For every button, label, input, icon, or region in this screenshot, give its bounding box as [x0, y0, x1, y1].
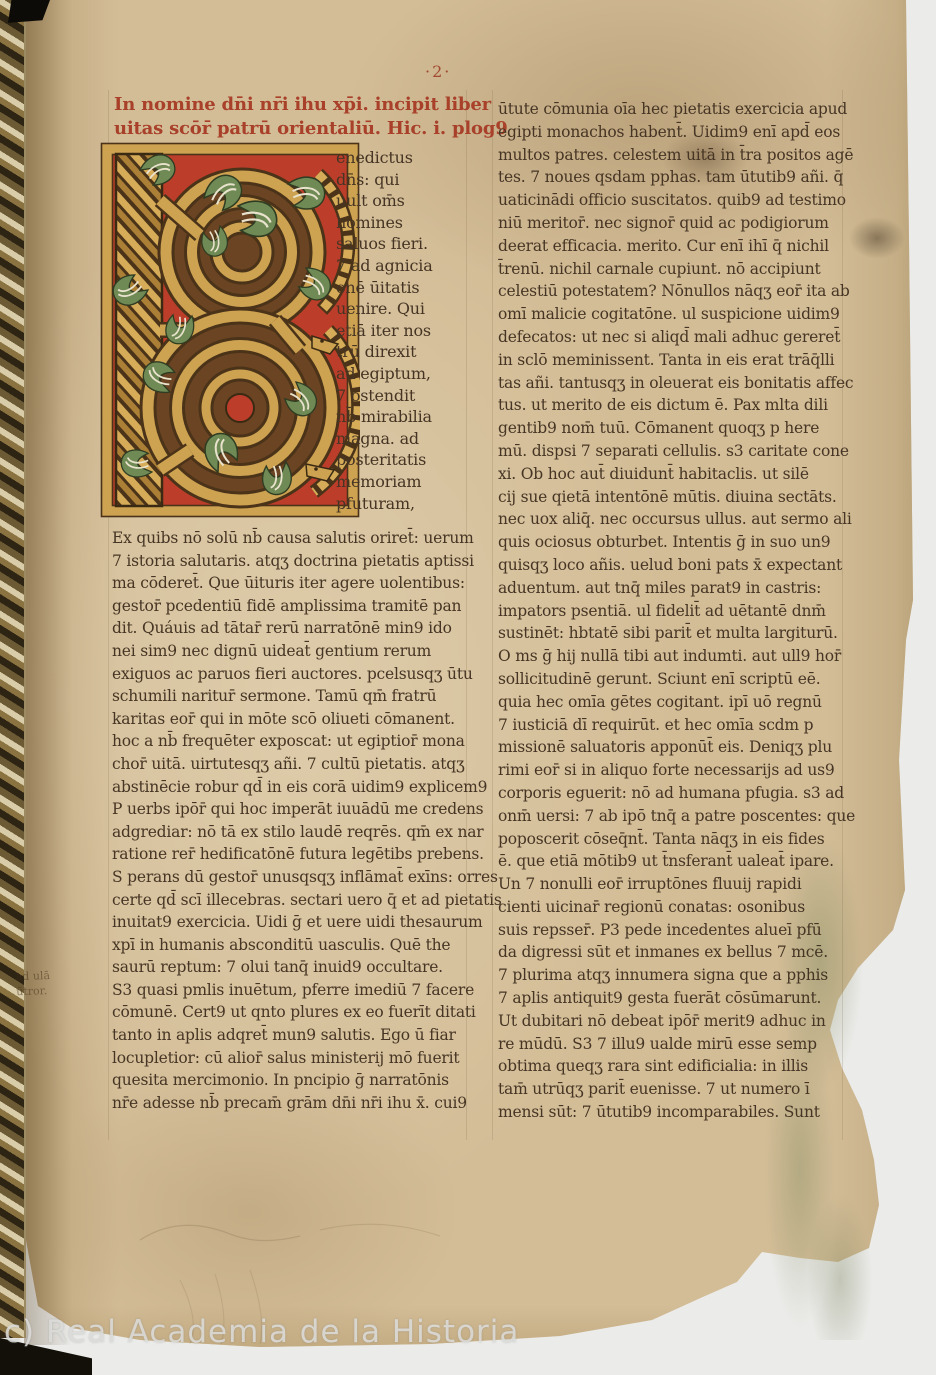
text-line: uenire. Qui: [336, 298, 464, 320]
left-column-narrow-text: enedictusdn̄s: quiuult om̄shominessaluos…: [336, 147, 464, 514]
text-line: uult om̄s: [336, 190, 464, 212]
text-line: magna. ad: [336, 428, 464, 450]
folio-number: ·2·: [425, 62, 451, 81]
text-line: in sclō meminissent. Tanta in eis erat t…: [498, 349, 840, 372]
text-line: posteritatis: [336, 449, 464, 471]
text-line: hoc a nb̄ frequēter exposcat: ut egiptio…: [112, 730, 464, 753]
text-line: uaticinādi officio suscitatos. quib9 ad …: [498, 189, 840, 212]
text-line: tam̄ utrūqʒ parit̄ euenisse. 7 ut numero…: [498, 1078, 840, 1101]
text-line: da digressi sūt et inmanes ex bellus 7 m…: [498, 941, 840, 964]
initial-b-artwork: [100, 140, 360, 520]
text-line: schumili naritur̄ sermone. Tamū qm̄ frat…: [112, 685, 464, 708]
text-line: tus. ut merito de eis dictum ē. Pax mlta…: [498, 394, 840, 417]
text-line: suis repsser̄. P3 pede incedentes alueī …: [498, 919, 840, 942]
text-line: saurū reptum: 7 olui tanq̄ inuid9 occult…: [112, 956, 464, 979]
text-line: cij sue qietā intentōnē mūtis. diuina se…: [498, 486, 840, 509]
watermark: c) Real Academia de la Historia: [4, 1314, 519, 1350]
text-line: ūtute cōmunia oīa hec pietatis exercicia…: [498, 98, 840, 121]
text-line: enedictus: [336, 147, 464, 169]
text-line: pfuturam,: [336, 493, 464, 515]
text-line: xpī in humanis absconditū uasculis. Quē …: [112, 934, 464, 957]
text-line: S3 quasi pmlis inuētum, pferre imediū 7 …: [112, 979, 464, 1002]
text-line: quis ociosus obturbet. Intentis ḡ in suo…: [498, 531, 840, 554]
text-line: re mūdū. S3 7 illu9 ualde mirū esse semp: [498, 1033, 840, 1056]
text-line: cienti uicinar̄ regionū conatas: osonibu…: [498, 896, 840, 919]
text-line: 7 iusticiā dī requirūt. et hec omīa scdm…: [498, 714, 840, 737]
text-line: abstinēcie robur qd̄ in eis corā uidim9 …: [112, 776, 464, 799]
text-line: mensi sūt: 7 ūtutib9 incomparabiles. Sun…: [498, 1101, 840, 1124]
text-line: defecatos: ut nec si aliqd̄ mali adhuc g…: [498, 326, 840, 349]
text-line: poposcerit cōseq̄nt̄. Tanta nāqʒ in eis …: [498, 828, 840, 851]
text-line: adgrediar: nō tā ex stilo laudē reqrēs. …: [112, 821, 464, 844]
text-line: dn̄s: qui: [336, 169, 464, 191]
text-line: egipti monachos habent̄. Uidim9 enī apd̄…: [498, 121, 840, 144]
text-line: etiā iter nos: [336, 320, 464, 342]
text-line: trū direxit: [336, 341, 464, 363]
text-line: locupletior: cū alior̄ salus ministerij …: [112, 1047, 464, 1070]
marginal-note-line-2: ūtror.: [16, 982, 86, 999]
text-line: t̄renū. nichil carnale cupiunt. nō accip…: [498, 258, 840, 281]
text-line: karitas eor̄ qui in mōte scō oliueti cōm…: [112, 708, 464, 731]
text-line: inuitat9 exercicia. Uidi ḡ et uere uidi …: [112, 911, 464, 934]
ruling-line: [492, 90, 493, 1140]
text-line: deerat efficacia. merito. Cur enī ihī q̄…: [498, 235, 840, 258]
text-line: S perans dū gestor̄ unusqsqʒ inflāmat̄ e…: [112, 866, 464, 889]
text-line: multos patres. celestem uitā in t̄ra pos…: [498, 144, 840, 167]
text-line: nr̄e adesse nb̄ precam̄ grām dn̄i nr̄i i…: [112, 1092, 464, 1115]
text-line: rimi eor̄ si in aliquo forte necessarijs…: [498, 759, 840, 782]
manuscript-scan: { "page": { "folio_number": "·2·", "wate…: [0, 0, 936, 1375]
ruling-line: [842, 90, 843, 1140]
binding-striped-edge: [0, 0, 26, 1338]
text-line: omī malicie cogitatōne. ul suspicione ui…: [498, 303, 840, 326]
text-line: ē. que etiā mōtib9 ut t̄nsferant̄ ualeat…: [498, 850, 840, 873]
text-line: quesita mercimonio. In pncipio ḡ narratō…: [112, 1069, 464, 1092]
illuminated-initial-b: [100, 140, 360, 520]
text-line: mū. dispsi 7 separati cellulis. s3 carit…: [498, 440, 840, 463]
text-line: 7 ad agnicia: [336, 255, 464, 277]
text-line: sollicitudinē gerunt. Sciunt enī scriptū…: [498, 668, 840, 691]
left-column-text: Ex quibs nō solū nb̄ causa salutis orire…: [112, 527, 464, 1114]
text-line: onē ūitatis: [336, 277, 464, 299]
rubric-title: In nomine dn̄i nr̄i ihu xp̄i. incipit li…: [114, 93, 464, 141]
text-line: tes. 7 noues qsdam pphas. tam ūtutib9 añ…: [498, 166, 840, 189]
text-line: ma cōderet̄. Que ūituris iter agere uole…: [112, 572, 464, 595]
text-line: niū meritor̄. nec signor̄ quid ac podigi…: [498, 212, 840, 235]
text-line: chor̄ uitā. uirtutesqʒ añi. 7 cultū piet…: [112, 753, 464, 776]
text-line: quia hec omīa gētes cogitant. ipī uō reg…: [498, 691, 840, 714]
text-line: corporis eguerit: nō ad humana pfugia. s…: [498, 782, 840, 805]
text-line: nb̄ mirabilia: [336, 406, 464, 428]
text-line: 7 ostendit: [336, 385, 464, 407]
text-line: certe qd̄ scī illecebras. sectari uero q…: [112, 889, 464, 912]
text-line: nei sim9 nec dignū uideat̄ gentium rerum: [112, 640, 464, 663]
text-line: missionē saluatoris apponūt̄ eis. Deniqʒ…: [498, 736, 840, 759]
text-line: P uerbs ipōr̄ qui hoc imperāt iuuādū me …: [112, 798, 464, 821]
rubric-line-2: uitas scōr̄ patrū orientaliū. Hic. i. pl…: [114, 117, 464, 141]
text-line: tanto in aplis adqret̄ mun9 salutis. Ego…: [112, 1024, 464, 1047]
text-line: gentib9 nom̄ tuū. Cōmanent quoqʒ p here: [498, 417, 840, 440]
text-line: xi. Ob hoc aut̄ diuidunt̄ habitaclis. ut…: [498, 463, 840, 486]
text-line: Ex quibs nō solū nb̄ causa salutis orire…: [112, 527, 464, 550]
text-line: impators psentiā. ul fidelit̄ ad uētantē…: [498, 600, 840, 623]
text-line: sustinēt: hbtatē sibi parit̄ et multa la…: [498, 622, 840, 645]
text-line: O ms ḡ hij nullā tibi aut indumti. aut u…: [498, 645, 840, 668]
text-line: gestor̄ pcedentiū fidē amplissima tramit…: [112, 595, 464, 618]
text-line: ad egiptum,: [336, 363, 464, 385]
rubric-line-1: In nomine dn̄i nr̄i ihu xp̄i. incipit li…: [114, 93, 464, 117]
text-line: nec uox aliq̄. nec occursus ullus. aut s…: [498, 508, 840, 531]
text-line: memoriam: [336, 471, 464, 493]
text-line: obtima queqʒ rara sint edificialia: in i…: [498, 1055, 840, 1078]
text-line: saluos fieri.: [336, 233, 464, 255]
text-line: dit. Quáuis ad tātar̄ rerū narratōnē min…: [112, 617, 464, 640]
text-line: aduentum. aut tnq̄ miles parat9 in castr…: [498, 577, 840, 600]
text-line: celestiū potestatem? Nōnullos nāqʒ eor̄ …: [498, 280, 840, 303]
text-line: Ut dubitari nō debeat ipōr̄ merit9 adhuc…: [498, 1010, 840, 1033]
text-line: 7 plurima atqʒ innumera signa que a pphi…: [498, 964, 840, 987]
right-column-text: ūtute cōmunia oīa hec pietatis exercicia…: [498, 98, 840, 1124]
text-line: cōmunē. Cert9 ut qnto plures ex eo fuerī…: [112, 1001, 464, 1024]
text-line: homines: [336, 212, 464, 234]
text-line: ratione rer̄ hedificatōnē futura legētib…: [112, 843, 464, 866]
text-line: Un 7 nonulli eor̄ irruptōnes fluuij rapi…: [498, 873, 840, 896]
text-line: quisqʒ loco añis. uelud boni pats x̄ exp…: [498, 554, 840, 577]
text-line: tas añi. tantusqʒ in oleuerat eis bonita…: [498, 372, 840, 395]
text-line: 7 istoria salutaris. atqʒ doctrina pieta…: [112, 550, 464, 573]
text-line: 7 aplis antiquit9 gesta fuerāt cōsūmarun…: [498, 987, 840, 1010]
text-line: onm̄ uersi: 7 ab ipō tnq̄ a patre poscen…: [498, 805, 840, 828]
text-line: exiguos ac paruos fieri auctores. pcelsu…: [112, 663, 464, 686]
marginal-note: ad ulā ūtror.: [15, 967, 86, 999]
